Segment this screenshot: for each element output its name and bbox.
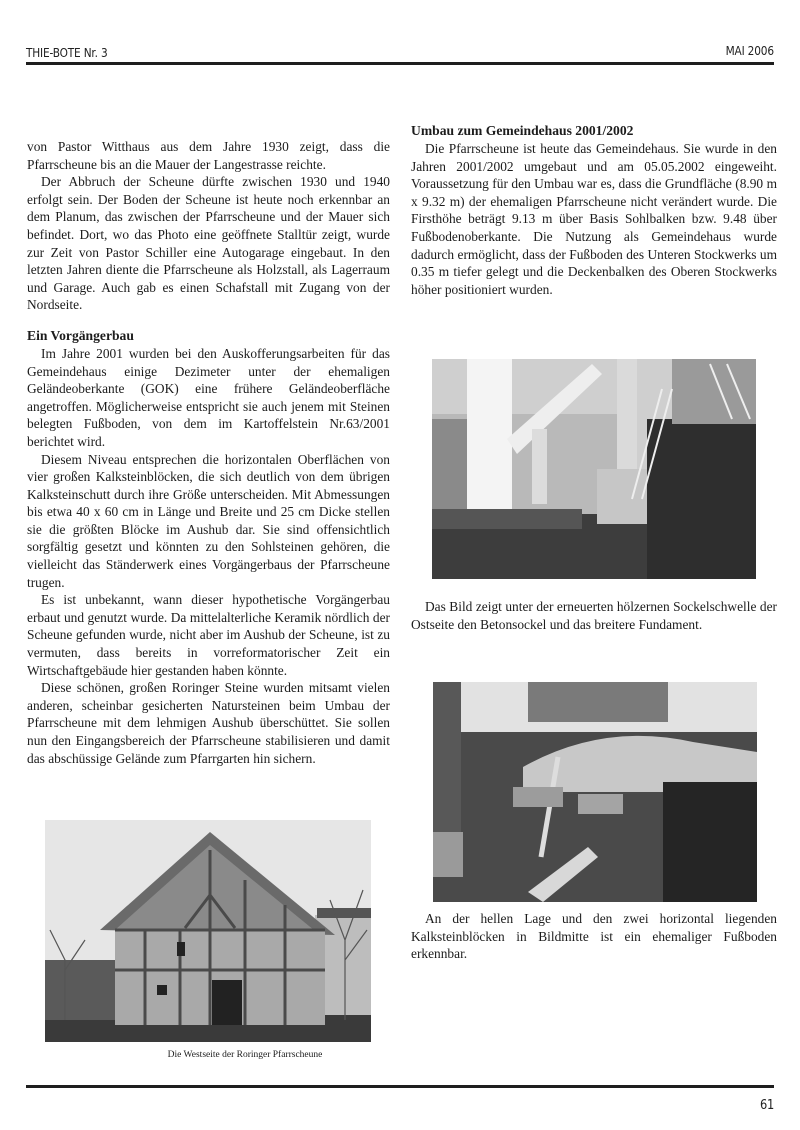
barn-photo-icon xyxy=(45,820,371,1042)
publication-title: THIE-BOTE Nr. 3 xyxy=(26,46,108,60)
paragraph: Diesem Niveau entsprechen die horizontal… xyxy=(27,451,390,592)
photo-caption-excavation: An der hellen Lage und den zwei horizont… xyxy=(411,910,777,963)
foundation-photo-icon xyxy=(432,359,756,579)
paragraph: Im Jahre 2001 wurden bei den Auskofferun… xyxy=(27,345,390,451)
page-number: 61 xyxy=(760,1098,774,1113)
photo-barn-westside xyxy=(45,820,371,1042)
caption-text: An der hellen Lage und den zwei horizont… xyxy=(411,910,777,963)
excavation-photo-icon xyxy=(433,682,757,902)
spacer xyxy=(27,314,390,327)
photo-caption-foundation: Das Bild zeigt unter der erneuerten hölz… xyxy=(411,598,777,633)
issue-date: MAI 2006 xyxy=(726,44,774,58)
section-heading-umbau: Umbau zum Gemeindehaus 2001/2002 xyxy=(411,122,777,140)
photo-excavation xyxy=(433,682,757,902)
paragraph-continued: von Pastor Witthaus aus dem Jahre 1930 z… xyxy=(27,138,390,173)
paragraph: Diese schönen, großen Roringer Steine wu… xyxy=(27,679,390,767)
photo-foundation xyxy=(432,359,756,579)
photo-caption-barn: Die Westseite der Roringer Pfarrscheune xyxy=(110,1050,380,1060)
header-rule xyxy=(26,62,774,65)
right-column: Umbau zum Gemeindehaus 2001/2002 Die Pfa… xyxy=(411,122,777,298)
paragraph-abbruch: Der Abbruch der Scheune dürfte zwischen … xyxy=(27,173,390,314)
section-heading-vorgaengerbau: Ein Vorgängerbau xyxy=(27,327,390,345)
caption-text: Das Bild zeigt unter der erneuerten hölz… xyxy=(411,598,777,633)
paragraph: Die Pfarrscheune ist heute das Gemeindeh… xyxy=(411,140,777,298)
left-column: von Pastor Witthaus aus dem Jahre 1930 z… xyxy=(27,138,390,767)
footer-rule xyxy=(26,1085,774,1088)
paragraph: Es ist unbekannt, wann dieser hypothetis… xyxy=(27,591,390,679)
